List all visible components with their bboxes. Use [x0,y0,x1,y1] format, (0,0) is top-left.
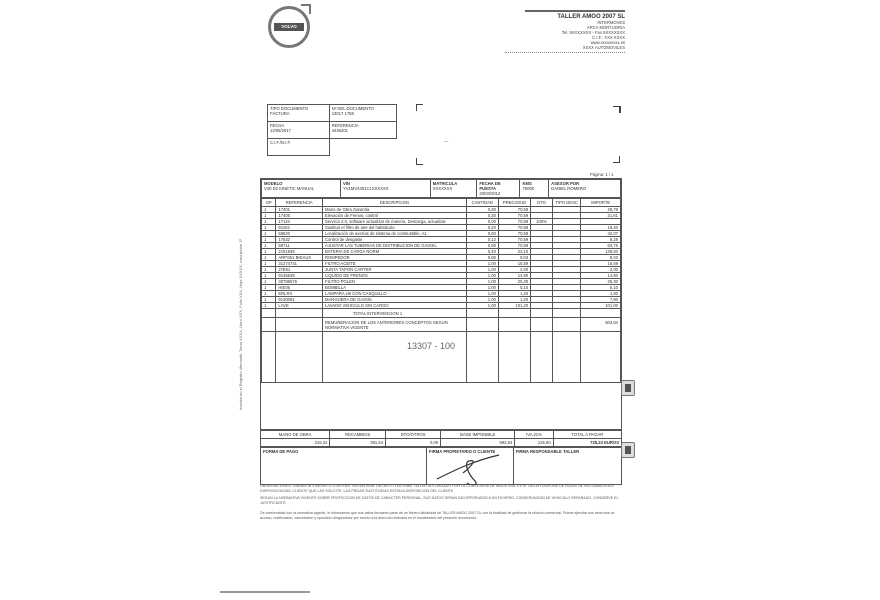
divider [505,52,625,53]
advisor-value: DANIEL ROMERO [551,186,618,191]
brand-logo-text: VOLVO [274,23,304,31]
cell-empty [531,332,553,383]
footer-paragraph: SEGUN LA NORMATIVA VIGENTE SOBRE PROTECC… [260,496,622,505]
customer-signature-cell: FIRMA PROPIETARIO O CLIENTE [427,448,514,485]
vehicle-header: MODELOV40 D2 KINETIC MANUAL VINYV1MV4451… [261,179,621,198]
cell-empty [262,332,276,383]
cell-empty [323,332,467,383]
cif-cell: C.I.F./N.I.F. [268,139,330,156]
company-line: XXXX AUTOMOVILES [505,45,625,50]
total-label: MANO DE OBRA [261,431,330,439]
advisor-cell: ASESOR PORDANIEL ROMERO [549,180,621,198]
signature-table: FORMA DE PAGO FIRMA PROPIETARIO O CLIENT… [260,447,622,485]
reg-date-value: 20/03/2012 [479,191,517,196]
total-value: 0,00 [386,439,441,447]
empty-cell [329,139,396,156]
total-value: 125,60 [515,439,553,447]
filler-row [262,332,621,383]
cell-empty [262,318,276,332]
summary-cell: TOTAL INTERVENCION 1 [323,309,467,318]
vin-value: YV1MV4451C1XXXXXX [343,186,428,191]
total-label: DTO/OTROS [386,431,441,439]
kms-value: 75000 [522,186,546,191]
footer-paragraph: OBSERVACIONES: GARANTIA 3 MESES O 2.000 … [260,484,622,493]
stamp-icon [621,380,635,396]
total-value: 593,54 [441,439,515,447]
total-value: 216,32 [261,439,330,447]
address-corner [416,104,423,111]
cell-empty [466,318,498,332]
payment-method-cell: FORMA DE PAGO [261,448,427,485]
total-label: RECAMBIOS [330,431,386,439]
cell-empty [531,318,553,332]
cell-empty [552,309,581,318]
totals-table: MANO DE OBRARECAMBIOSDTO/OTROSBASE IMPON… [260,430,622,447]
doc-number-cell: Nº DEL DOCUMENTO13017 1758 [329,105,396,122]
cell-empty [466,332,498,383]
items-table: OPREFERENCIADESCRIPCIONCANTIDADPRECIO/UD… [261,198,621,383]
summary-row: REMUNERACION DE LOS ANTERIORES CONCEPTOS… [262,318,621,332]
workshop-signature-label: FIRMA RESPONSABLE TALLER [516,449,580,454]
company-block: TALLER AMOO 2007 SL INTERMOVES ARCA MORT… [505,10,625,53]
summary-cell: REMUNERACION DE LOS ANTERIORES CONCEPTOS… [323,318,467,332]
cell-empty [498,318,530,332]
invoice-table: MODELOV40 D2 KINETIC MANUAL VINYV1MV4451… [260,178,622,430]
doc-type-cell: TIPO DOCUMENTOFACTURA [268,105,330,122]
date-value: 12/05/2017 [270,128,327,133]
page-label: Página: 1 / 1 [590,172,614,177]
summary-cell: 503,54 [581,318,621,332]
column-header: REFERENCIA [276,199,323,207]
total-value: 381,54 [330,439,386,447]
divider [525,10,625,12]
total-value: 725,23 EUROS [553,439,621,447]
reference-value: 4445201 [332,128,394,133]
cell-empty [276,309,323,318]
date-cell: FECHA12/05/2017 [268,122,330,139]
cell-empty [531,309,553,318]
totals-values-row: 216,32381,540,00593,54125,60725,23 EUROS [261,439,622,447]
address-corner [613,156,620,163]
cell-empty [498,309,530,318]
logo-arrow-icon [301,4,311,14]
column-header: TIPO DESC [552,199,581,207]
payment-method-label: FORMA DE PAGO [263,449,298,454]
cif-label: C.I.F./N.I.F. [270,140,327,145]
doc-number-value: 13017 1758 [332,111,394,116]
address-corner [613,106,621,113]
totals-labels-row: MANO DE OBRARECAMBIOSDTO/OTROSBASE IMPON… [261,431,622,439]
reg-date-cell: FECHA DE PUESTA20/03/2012 [477,180,520,198]
cell-empty [466,309,498,318]
cell-empty [276,332,323,383]
column-header: OP [262,199,276,207]
doc-type-value: FACTURA [270,111,327,116]
reg-date-label: FECHA DE PUESTA [479,181,517,191]
side-registry-text: Inscrita en el Registro Mercantil, Tomo … [238,180,243,410]
signature-scribble-icon [433,451,503,485]
stamp-icon [621,442,635,458]
address-corner [416,158,423,165]
column-header: CANTIDAD [466,199,498,207]
handwritten-note: 13307 - 100 [407,341,455,351]
kms-cell: KMS75000 [520,180,549,198]
cell-desc: Servicio 2.0, software actualizar de man… [323,219,467,225]
brand-logo: VOLVO [268,6,310,48]
plate-cell: MATRICULAXXXXXXX [430,180,477,198]
cell-empty [552,318,581,332]
model-value: V40 D2 KINETIC MANUAL [264,186,338,191]
vin-cell: VINYV1MV4451C1XXXXXX [340,180,430,198]
footer-legal-text: OBSERVACIONES: GARANTIA 3 MESES O 2.000 … [260,484,622,520]
workshop-signature-cell: FIRMA RESPONSABLE TALLER [513,448,621,485]
column-header: IMPORTE [581,199,621,207]
column-header-row: OPREFERENCIADESCRIPCIONCANTIDADPRECIO/UD… [262,199,621,207]
cell-empty [581,332,621,383]
cell-empty [262,309,276,318]
cell-empty [498,332,530,383]
total-label: BASE IMPONIBLE [441,431,515,439]
document-info-box: TIPO DOCUMENTOFACTURA Nº DEL DOCUMENTO13… [267,104,397,160]
column-header: PRECIO/UD [498,199,530,207]
footer-paragraph: De conformidad con la normativa vigente,… [260,511,622,520]
totals-box: MANO DE OBRARECAMBIOSDTO/OTROSBASE IMPON… [260,430,622,485]
column-header: DTO [531,199,553,207]
model-cell: MODELOV40 D2 KINETIC MANUAL [262,180,341,198]
cell-empty [581,309,621,318]
summary-row: TOTAL INTERVENCION 1 [262,309,621,318]
total-label: TOTAL A PAGAR [553,431,621,439]
plate-value: XXXXXXX [433,186,475,191]
divider [220,591,310,593]
address-text: — [444,139,448,144]
cell-empty [276,318,323,332]
column-header: DESCRIPCION [323,199,467,207]
total-label: IVA 21% [515,431,553,439]
reference-cell: REFERENCIA4445201 [329,122,396,139]
cell-empty [552,332,581,383]
